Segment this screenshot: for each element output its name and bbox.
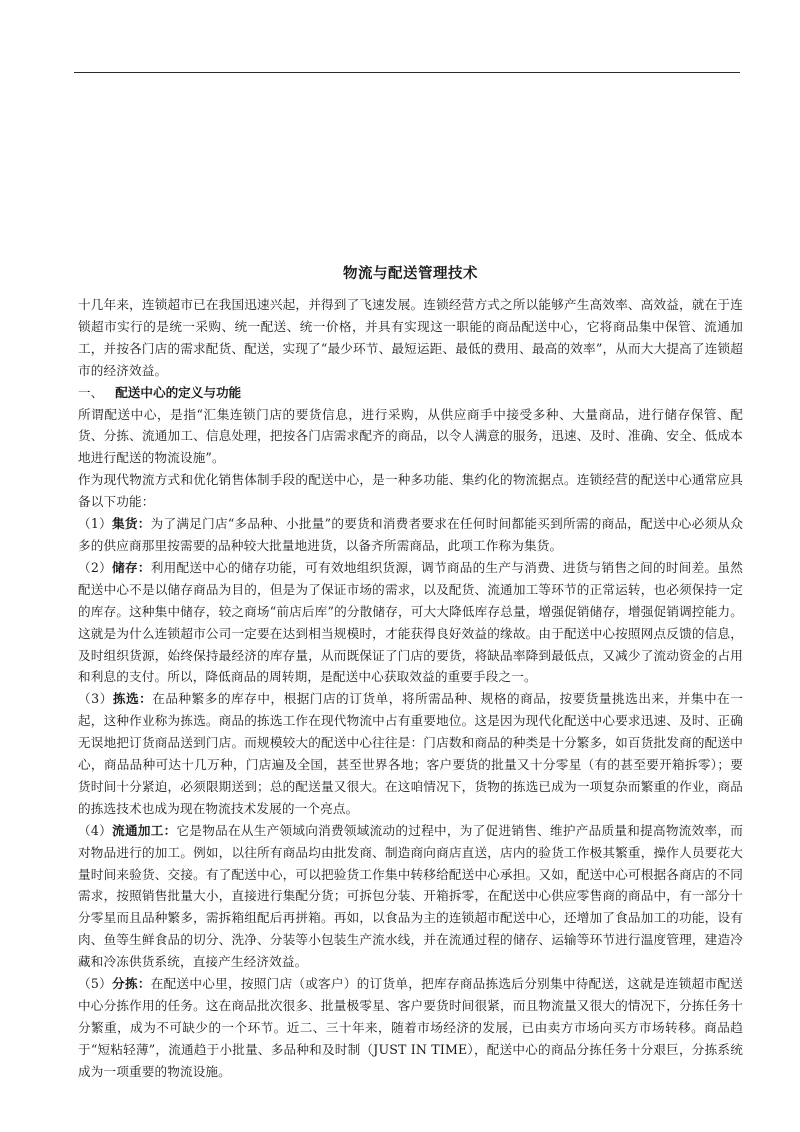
function-index: （1） [78, 516, 112, 531]
function-name: 集货： [112, 516, 151, 531]
function-index: （3） [78, 691, 113, 706]
function-index: （4） [78, 823, 112, 838]
function-name: 拣选： [113, 691, 152, 706]
header-rule [74, 72, 740, 73]
function-name: 流通加工： [112, 823, 176, 838]
definition-paragraph: 所谓配送中心，是指“汇集连锁门店的要货信息，进行采购，从供应商手中接受多种、大量… [78, 404, 743, 470]
function-text: 为了满足门店“多品种、小批量”的要货和消费者要求在任何时间都能买到所需的商品，配… [78, 516, 743, 553]
function-text: 在品种繁多的库存中，根据门店的订货单，将所需品种、规格的商品，按要货量挑选出来，… [78, 691, 743, 816]
functions-lead-paragraph: 作为现代物流方式和优化销售体制手段的配送中心，是一种多功能、集约化的物流据点。连… [78, 469, 743, 513]
document-body: 物流与配送管理技术 十几年来，连锁超市已在我国迅速兴起，并得到了飞速发展。连锁经… [78, 262, 743, 1083]
function-item-sorting: （5）分拣：在配送中心里，按照门店（或客户）的订货单，把库存商品拣选后分别集中待… [78, 973, 743, 1083]
section-number: 一、 [78, 385, 103, 400]
function-name: 储存： [112, 560, 151, 575]
function-item-collection: （1）集货：为了满足门店“多品种、小批量”的要货和消费者要求在任何时间都能买到所… [78, 513, 743, 557]
function-text: 利用配送中心的储存功能，可有效地组织货源，调节商品的生产与消费、进货与销售之间的… [78, 560, 743, 685]
function-item-storage: （2）储存：利用配送中心的储存功能，可有效地组织货源，调节商品的生产与消费、进货… [78, 557, 743, 688]
section-heading: 一、配送中心的定义与功能 [78, 382, 743, 404]
intro-paragraph: 十几年来，连锁超市已在我国迅速兴起，并得到了飞速发展。连锁经营方式之所以能够产生… [78, 294, 743, 382]
section-heading-text: 配送中心的定义与功能 [115, 385, 241, 400]
function-index: （5） [78, 976, 112, 991]
document-title: 物流与配送管理技术 [78, 262, 743, 286]
function-index: （2） [78, 560, 112, 575]
function-text: 在配送中心里，按照门店（或客户）的订货单，把库存商品拣选后分别集中待配送，这就是… [78, 976, 743, 1079]
function-item-picking: （3）拣选：在品种繁多的库存中，根据门店的订货单，将所需品种、规格的商品，按要货… [78, 688, 743, 819]
function-text: 它是物品在从生产领域向消费领域流动的过程中，为了促进销售、维护产品质量和提高物流… [78, 823, 743, 969]
function-item-processing: （4）流通加工：它是物品在从生产领域向消费领域流动的过程中，为了促进销售、维护产… [78, 820, 743, 973]
function-name: 分拣： [112, 976, 151, 991]
